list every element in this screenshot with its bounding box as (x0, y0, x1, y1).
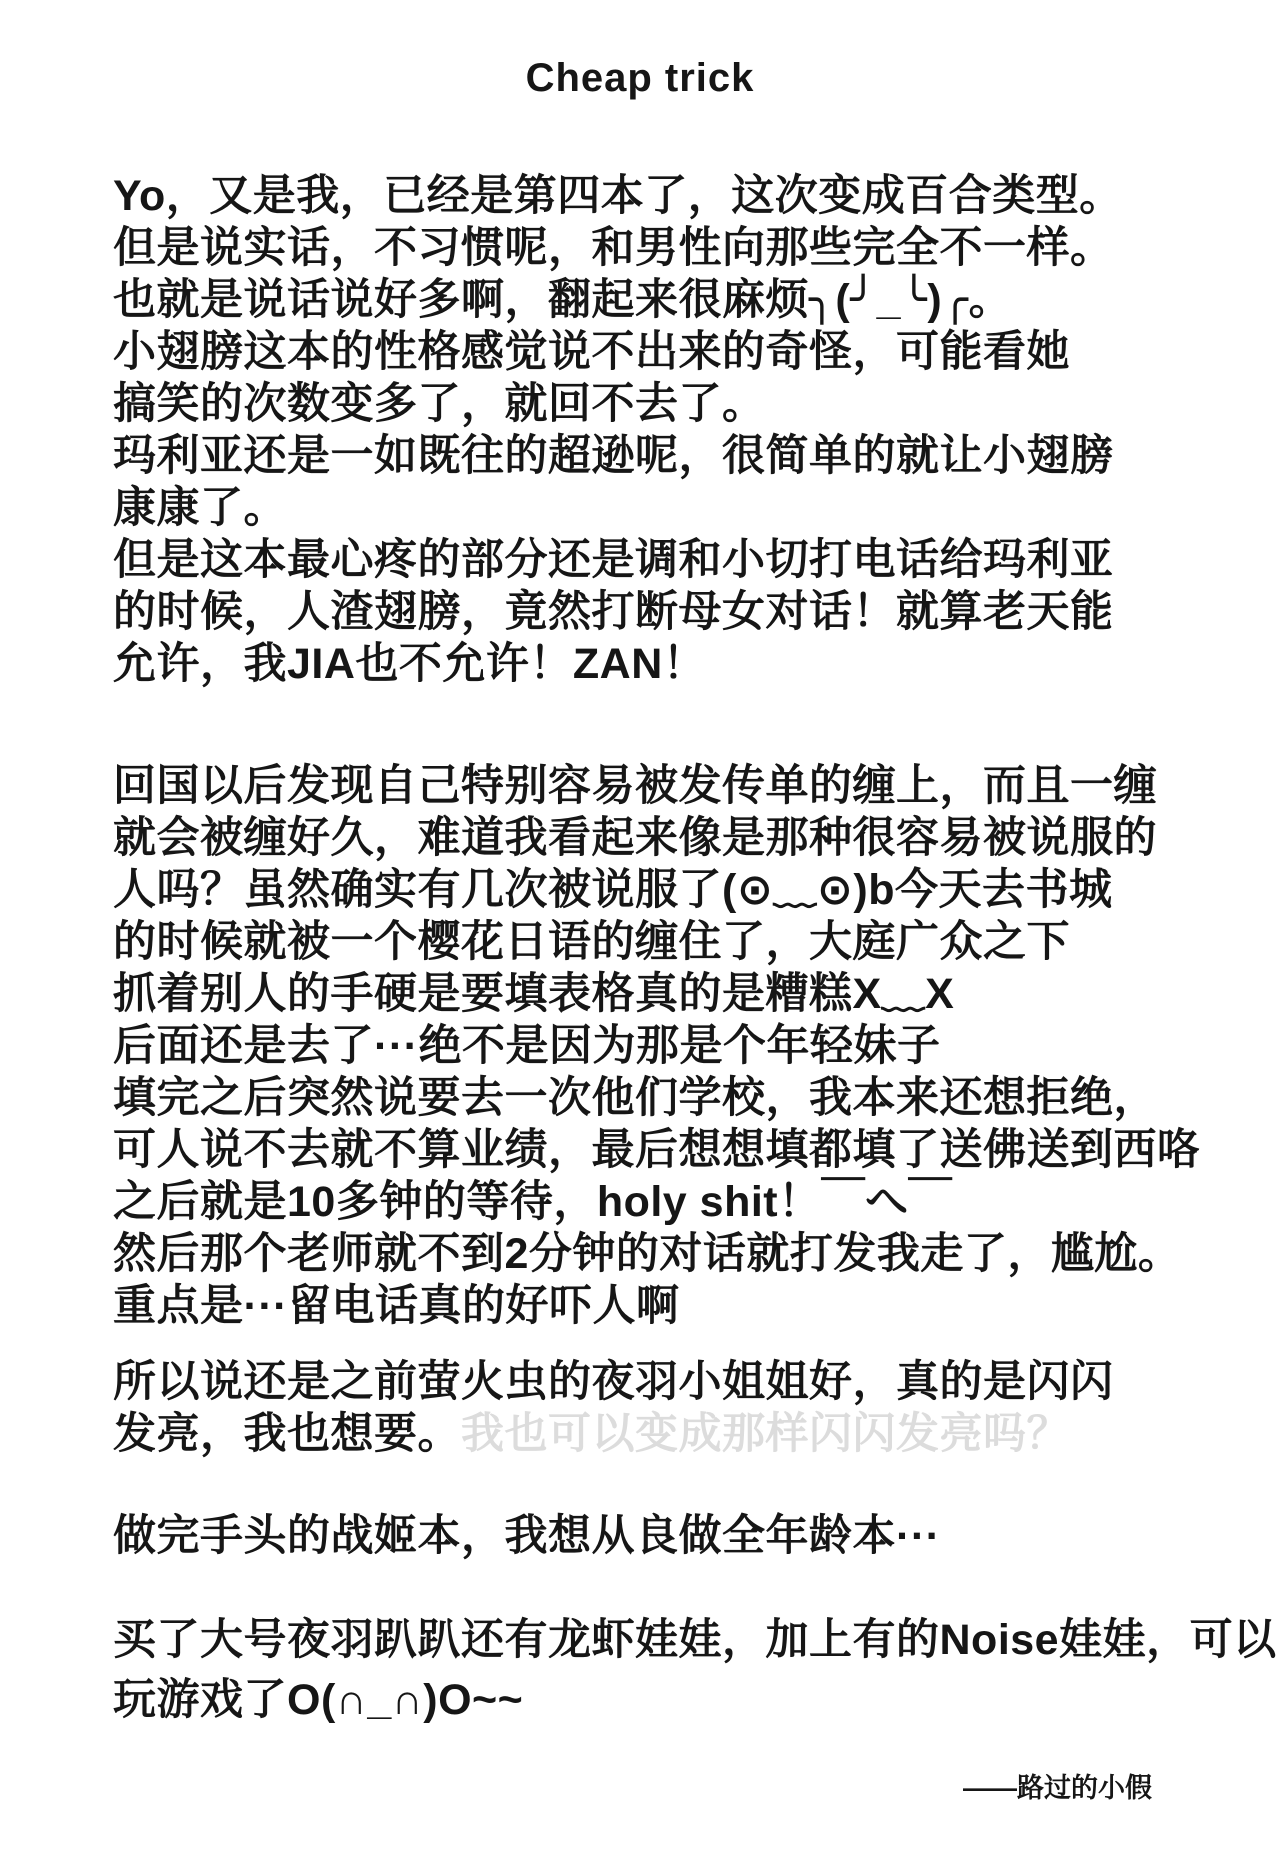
text-line: 之后就是10多钟的等待，holy shit！￣へ￣ (113, 1176, 1208, 1228)
text-run: 但是这本最心疼的部分还是调和小切打电话给玛利亚 (113, 536, 1114, 584)
paragraph-1: Yo，又是我，已经是第四本了，这次变成百合类型。但是说实话，不习惯呢，和男性向那… (113, 170, 1208, 690)
paragraph-5: 买了大号夜羽趴趴还有龙虾娃娃，加上有的Noise娃娃，可以玩游戏了O(∩_∩)O… (113, 1610, 1208, 1730)
text-line: 然后那个老师就不到2分钟的对话就打发我走了，尴尬。 (113, 1228, 1208, 1280)
faded-text-run: 我也可以变成那样闪闪发亮吗？ (461, 1410, 1070, 1458)
text-run: 后面还是去了···绝不是因为那是个年轻妹子 (113, 1022, 940, 1070)
text-run: 发亮，我也想要。 (113, 1410, 461, 1458)
text-line: 抓着别人的手硬是要填表格真的是糟糕X﹏X (113, 968, 1208, 1020)
text-line: 玩游戏了O(∩_∩)O~~ (113, 1670, 1208, 1730)
text-line: 发亮，我也想要。我也可以变成那样闪闪发亮吗？ (113, 1408, 1208, 1460)
text-run: Yo，又是我，已经是第四本了，这次变成百合类型。 (113, 172, 1123, 220)
text-line: 搞笑的次数变多了，就回不去了。 (113, 378, 1208, 430)
text-line: Yo，又是我，已经是第四本了，这次变成百合类型。 (113, 170, 1208, 222)
text-run: 抓着别人的手硬是要填表格真的是糟糕X﹏X (113, 970, 954, 1018)
signature: ——路过的小假 (963, 1766, 1152, 1805)
text-run: 填完之后突然说要去一次他们学校，我本来还想拒绝， (113, 1074, 1157, 1122)
text-run: 的时候就被一个樱花日语的缠住了，大庭广众之下 (113, 918, 1070, 966)
text-run: 重点是···留电话真的好吓人啊 (113, 1282, 679, 1330)
text-line: 但是这本最心疼的部分还是调和小切打电话给玛利亚 (113, 534, 1208, 586)
text-line: 重点是···留电话真的好吓人啊 (113, 1280, 1208, 1332)
text-line: 就会被缠好久，难道我看起来像是那种很容易被说服的 (113, 812, 1208, 864)
text-run: 的时候，人渣翅膀，竟然打断母女对话！就算老天能 (113, 588, 1114, 636)
text-run: 所以说还是之前萤火虫的夜羽小姐姐好，真的是闪闪 (113, 1358, 1114, 1406)
text-run: 搞笑的次数变多了，就回不去了。 (113, 380, 766, 428)
paragraph-2: 回国以后发现自己特别容易被发传单的缠上，而且一缠就会被缠好久，难道我看起来像是那… (113, 760, 1208, 1332)
afterword-page: Cheap trick Yo，又是我，已经是第四本了，这次变成百合类型。但是说实… (0, 0, 1280, 1856)
text-run: 康康了。 (113, 484, 287, 532)
text-run: 小翅膀这本的性格感觉说不出来的奇怪，可能看她 (113, 328, 1070, 376)
text-line: 后面还是去了···绝不是因为那是个年轻妹子 (113, 1020, 1208, 1072)
text-line: 允许，我JIA也不允许！ZAN！ (113, 638, 1208, 690)
text-run: 然后那个老师就不到2分钟的对话就打发我走了，尴尬。 (113, 1230, 1181, 1278)
text-run: 也就是说话说好多啊，翻起来很麻烦╮(╯_╰)╭。 (113, 276, 1012, 324)
text-line: 填完之后突然说要去一次他们学校，我本来还想拒绝， (113, 1072, 1208, 1124)
paragraph-3: 所以说还是之前萤火虫的夜羽小姐姐好，真的是闪闪发亮，我也想要。我也可以变成那样闪… (113, 1356, 1208, 1460)
text-line: 所以说还是之前萤火虫的夜羽小姐姐好，真的是闪闪 (113, 1356, 1208, 1408)
text-run: 但是说实话，不习惯呢，和男性向那些完全不一样。 (113, 224, 1114, 272)
text-run: 玛利亚还是一如既往的超逊呢，很简单的就让小翅膀 (113, 432, 1114, 480)
text-run: 玩游戏了O(∩_∩)O~~ (113, 1676, 523, 1724)
text-line: 人吗？虽然确实有几次被说服了(⊙﹏⊙)b今天去书城 (113, 864, 1208, 916)
text-line: 可人说不去就不算业绩，最后想想填都填了送佛送到西咯 (113, 1124, 1208, 1176)
text-line: 的时候就被一个樱花日语的缠住了，大庭广众之下 (113, 916, 1208, 968)
text-line: 做完手头的战姬本，我想从良做全年龄本··· (113, 1510, 1208, 1562)
text-run: 允许，我JIA也不允许！ZAN！ (113, 640, 706, 688)
text-run: 人吗？虽然确实有几次被说服了(⊙﹏⊙)b今天去书城 (113, 866, 1112, 914)
text-run: 买了大号夜羽趴趴还有龙虾娃娃，加上有的Noise娃娃，可以 (113, 1616, 1277, 1664)
text-line: 也就是说话说好多啊，翻起来很麻烦╮(╯_╰)╭。 (113, 274, 1208, 326)
text-run: 做完手头的战姬本，我想从良做全年龄本··· (113, 1512, 940, 1560)
text-run: 回国以后发现自己特别容易被发传单的缠上，而且一缠 (113, 762, 1157, 810)
text-line: 买了大号夜羽趴趴还有龙虾娃娃，加上有的Noise娃娃，可以 (113, 1610, 1208, 1670)
text-line: 玛利亚还是一如既往的超逊呢，很简单的就让小翅膀 (113, 430, 1208, 482)
text-line: 回国以后发现自己特别容易被发传单的缠上，而且一缠 (113, 760, 1208, 812)
text-line: 康康了。 (113, 482, 1208, 534)
text-run: 之后就是10多钟的等待，holy shit！￣へ￣ (113, 1178, 952, 1226)
page-title: Cheap trick (0, 56, 1280, 101)
text-line: 但是说实话，不习惯呢，和男性向那些完全不一样。 (113, 222, 1208, 274)
text-run: 可人说不去就不算业绩，最后想想填都填了送佛送到西咯 (113, 1126, 1201, 1174)
text-line: 小翅膀这本的性格感觉说不出来的奇怪，可能看她 (113, 326, 1208, 378)
text-line: 的时候，人渣翅膀，竟然打断母女对话！就算老天能 (113, 586, 1208, 638)
paragraph-4: 做完手头的战姬本，我想从良做全年龄本··· (113, 1510, 1208, 1562)
text-run: 就会被缠好久，难道我看起来像是那种很容易被说服的 (113, 814, 1157, 862)
